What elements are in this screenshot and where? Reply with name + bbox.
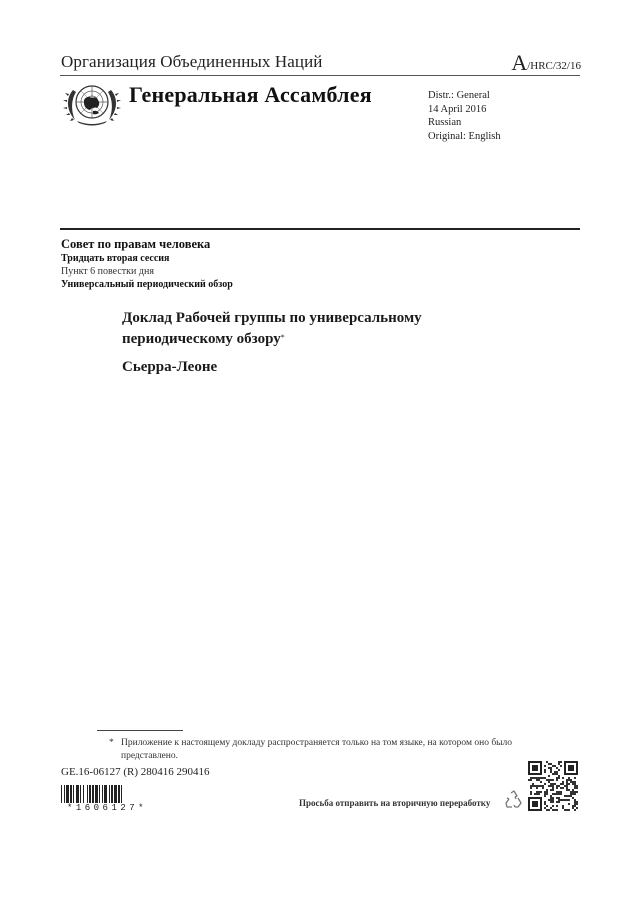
un-emblem-icon xyxy=(63,80,121,126)
recycle-icon xyxy=(503,789,525,811)
country-name: Сьерра-Леоне xyxy=(122,359,217,376)
report-title-line1: Доклад Рабочей группы по универсальному xyxy=(122,309,482,328)
footnote-text: Приложение к настоящему докладу распрост… xyxy=(109,737,524,763)
general-assembly-title: Генеральная Ассамблея xyxy=(129,82,372,108)
council-name: Совет по правам человека xyxy=(61,236,233,252)
document-code: GE.16-06127 (R) 280416 290416 xyxy=(61,766,210,778)
report-title: Доклад Рабочей группы по универсальному … xyxy=(122,309,482,349)
organization-name: Организация Объединенных Наций xyxy=(61,52,323,72)
original-language: Original: English xyxy=(428,130,501,144)
barcode-icon xyxy=(61,785,153,803)
document-symbol: A/HRC/32/16 xyxy=(511,52,581,74)
symbol-suffix: /HRC/32/16 xyxy=(527,60,581,72)
masthead-rule xyxy=(60,228,580,230)
footnote-rule xyxy=(97,730,183,731)
agenda-item: Пункт 6 повестки дня xyxy=(61,265,233,278)
footnote-marker[interactable]: * xyxy=(281,333,285,342)
session-name: Тридцать вторая сессия xyxy=(61,252,233,265)
barcode-number: *1606127* xyxy=(61,803,153,813)
symbol-prefix: A xyxy=(511,50,527,75)
footnote: * Приложение к настоящему докладу распро… xyxy=(109,737,524,763)
agenda-topic: Универсальный периодический обзор xyxy=(61,278,233,291)
council-block: Совет по правам человека Тридцать вторая… xyxy=(61,236,233,291)
report-title-line2: периодическому обзору xyxy=(122,331,281,347)
distribution-block: Distr.: General 14 April 2016 Russian Or… xyxy=(428,89,501,143)
header-rule xyxy=(60,75,580,76)
qr-code-icon xyxy=(528,761,578,811)
document-language: Russian xyxy=(428,116,501,130)
document-date: 14 April 2016 xyxy=(428,103,501,117)
distribution-type: Distr.: General xyxy=(428,89,501,103)
footnote-star: * xyxy=(109,737,114,750)
recycle-text: Просьба отправить на вторичную переработ… xyxy=(299,798,490,808)
